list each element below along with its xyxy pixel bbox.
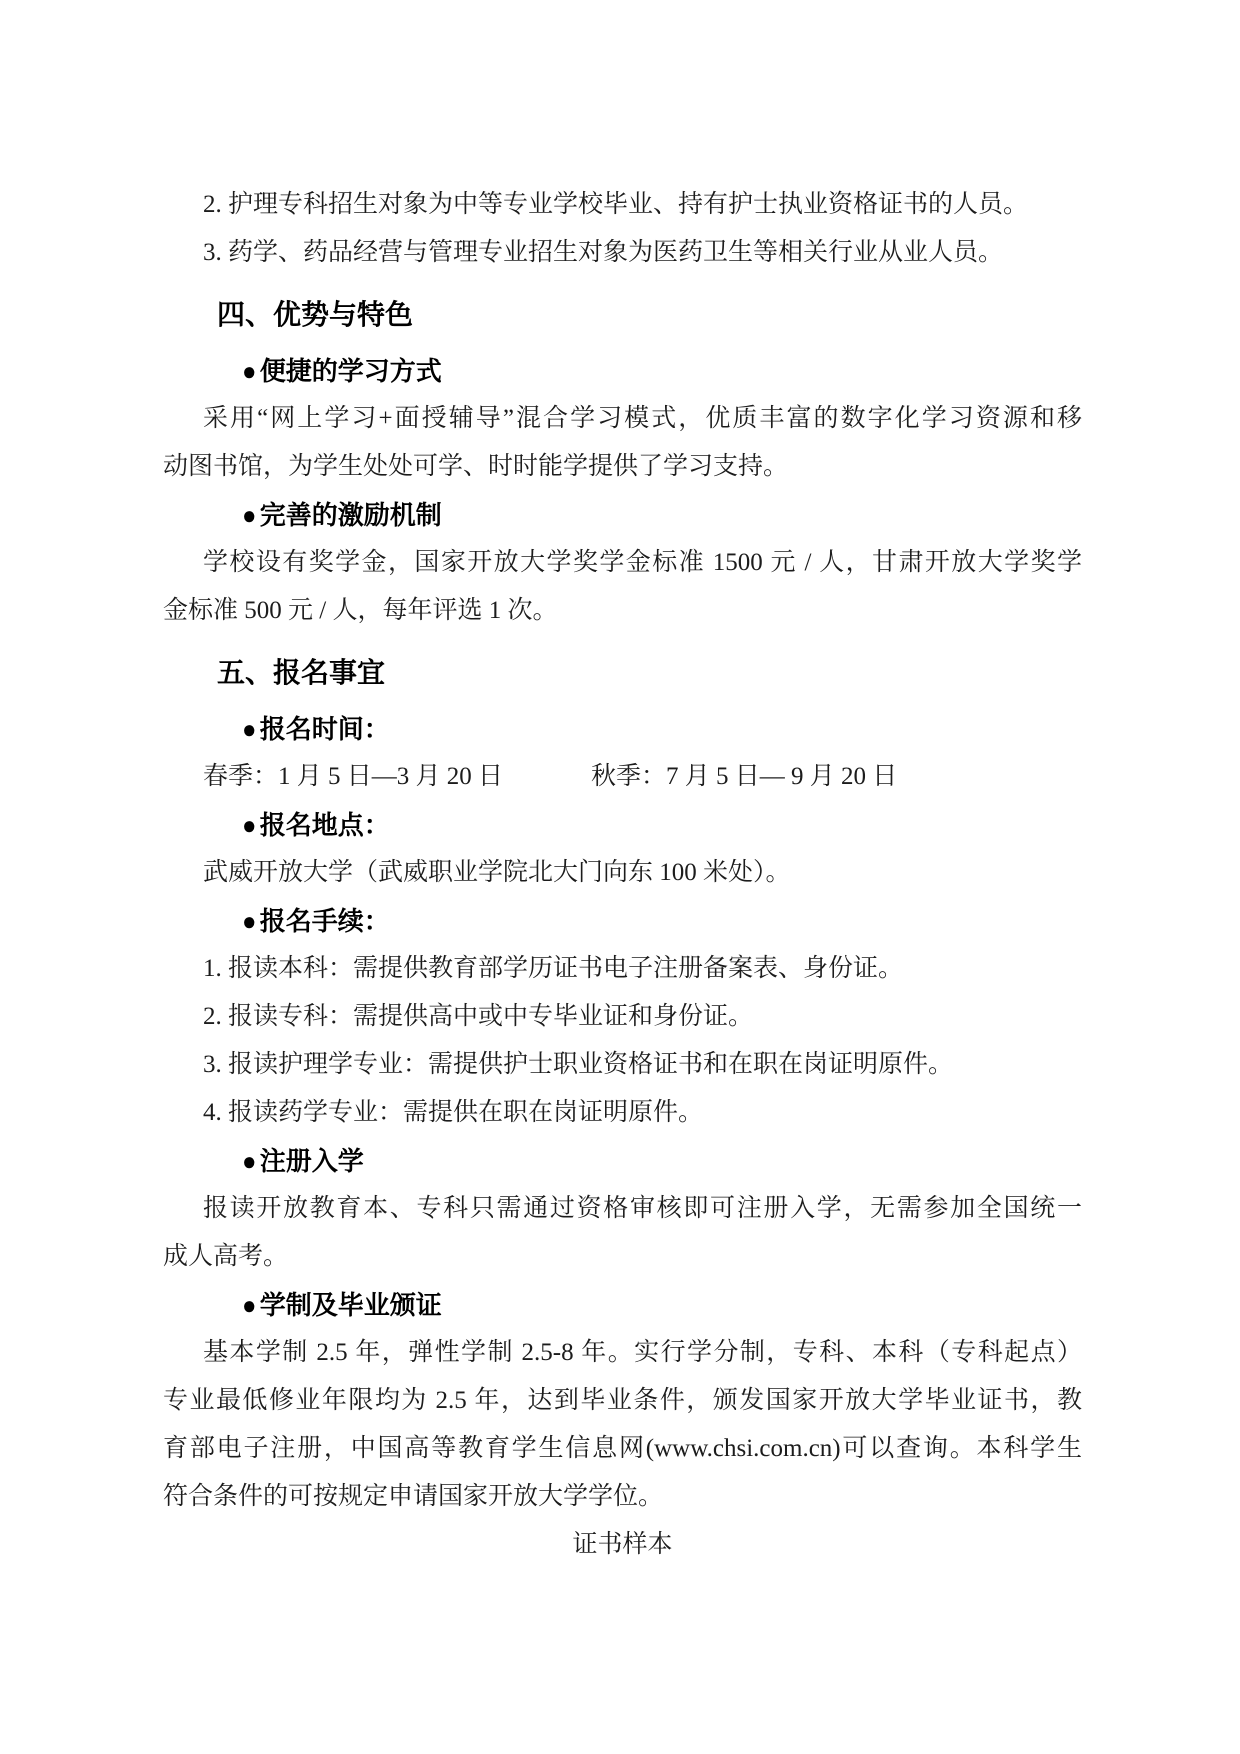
bullet-label: 报名手续： <box>260 906 390 936</box>
paragraph-line: 报读开放教育本、专科只需通过资格审核即可注册入学，无需参加全国统一 <box>163 1185 1082 1233</box>
registration-dates: 春季：1 月 5 日—3 月 20 日秋季：7 月 5 日— 9 月 20 日 <box>163 753 1082 801</box>
list-item-nursing-target: 2. 护理专科招生对象为中等专业学校毕业、持有护士执业资格证书的人员。 <box>163 181 1082 229</box>
registration-address: 武威开放大学（武威职业学院北大门向东 100 米处）。 <box>163 849 1082 897</box>
paragraph-line: 专业最低修业年限均为 2.5 年，达到毕业条件，颁发国家开放大学毕业证书，教 <box>163 1377 1082 1425</box>
bullet-heading-time: ●报名时间： <box>163 705 1082 753</box>
paragraph-line: 金标准 500 元 / 人，每年评选 1 次。 <box>163 587 1082 635</box>
paragraph-line: 动图书馆，为学生处处可学、时时能学提供了学习支持。 <box>163 443 1082 491</box>
bullet-heading-enrollment: ●注册入学 <box>163 1137 1082 1185</box>
document-page: 2. 护理专科招生对象为中等专业学校毕业、持有护士执业资格证书的人员。 3. 药… <box>0 0 1240 1754</box>
bullet-label: 学制及毕业颁证 <box>260 1290 442 1320</box>
bullet-icon: ● <box>205 1137 256 1185</box>
bullet-label: 报名时间： <box>260 714 390 744</box>
bullet-heading-diploma: ●学制及毕业颁证 <box>163 1281 1082 1329</box>
paragraph-line: 成人高考。 <box>163 1233 1082 1281</box>
list-item-procedure-2: 2. 报读专科：需提供高中或中专毕业证和身份证。 <box>163 993 1082 1041</box>
paragraph-line: 采用“网上学习+面授辅导”混合学习模式，优质丰富的数字化学习资源和移 <box>163 395 1082 443</box>
bullet-heading-place: ●报名地点： <box>163 801 1082 849</box>
bullet-icon: ● <box>205 897 256 945</box>
list-item-procedure-4: 4. 报读药学专业：需提供在职在岗证明原件。 <box>163 1089 1082 1137</box>
paragraph-line: 育部电子注册，中国高等教育学生信息网(www.chsi.com.cn)可以查询。… <box>163 1425 1082 1473</box>
list-item-pharmacy-target: 3. 药学、药品经营与管理专业招生对象为医药卫生等相关行业从业人员。 <box>163 229 1082 277</box>
bullet-icon: ● <box>205 801 256 849</box>
certificate-sample-caption: 证书样本 <box>163 1521 1082 1569</box>
list-item-procedure-3: 3. 报读护理学专业：需提供护士职业资格证书和在职在岗证明原件。 <box>163 1041 1082 1089</box>
bullet-label: 完善的激励机制 <box>260 500 442 530</box>
spring-dates: 春季：1 月 5 日—3 月 20 日 <box>203 763 503 790</box>
bullet-heading-incentive: ●完善的激励机制 <box>163 491 1082 539</box>
bullet-label: 报名地点： <box>260 810 390 840</box>
bullet-icon: ● <box>205 347 256 395</box>
list-item-procedure-1: 1. 报读本科：需提供教育部学历证书电子注册备案表、身份证。 <box>163 945 1082 993</box>
bullet-icon: ● <box>205 1281 256 1329</box>
paragraph-line: 基本学制 2.5 年，弹性学制 2.5-8 年。实行学分制，专科、本科（专科起点… <box>163 1329 1082 1377</box>
section-heading-advantages: 四、优势与特色 <box>163 291 1082 339</box>
bullet-icon: ● <box>205 705 256 753</box>
paragraph-line: 符合条件的可按规定申请国家开放大学学位。 <box>163 1473 1082 1521</box>
autumn-dates: 秋季：7 月 5 日— 9 月 20 日 <box>591 763 897 790</box>
bullet-label: 注册入学 <box>260 1146 364 1176</box>
bullet-icon: ● <box>205 491 256 539</box>
section-heading-registration: 五、报名事宜 <box>163 649 1082 697</box>
paragraph-line: 学校设有奖学金，国家开放大学奖学金标准 1500 元 / 人，甘肃开放大学奖学 <box>163 539 1082 587</box>
bullet-heading-learning-mode: ●便捷的学习方式 <box>163 347 1082 395</box>
bullet-heading-procedure: ●报名手续： <box>163 897 1082 945</box>
bullet-label: 便捷的学习方式 <box>260 356 442 386</box>
